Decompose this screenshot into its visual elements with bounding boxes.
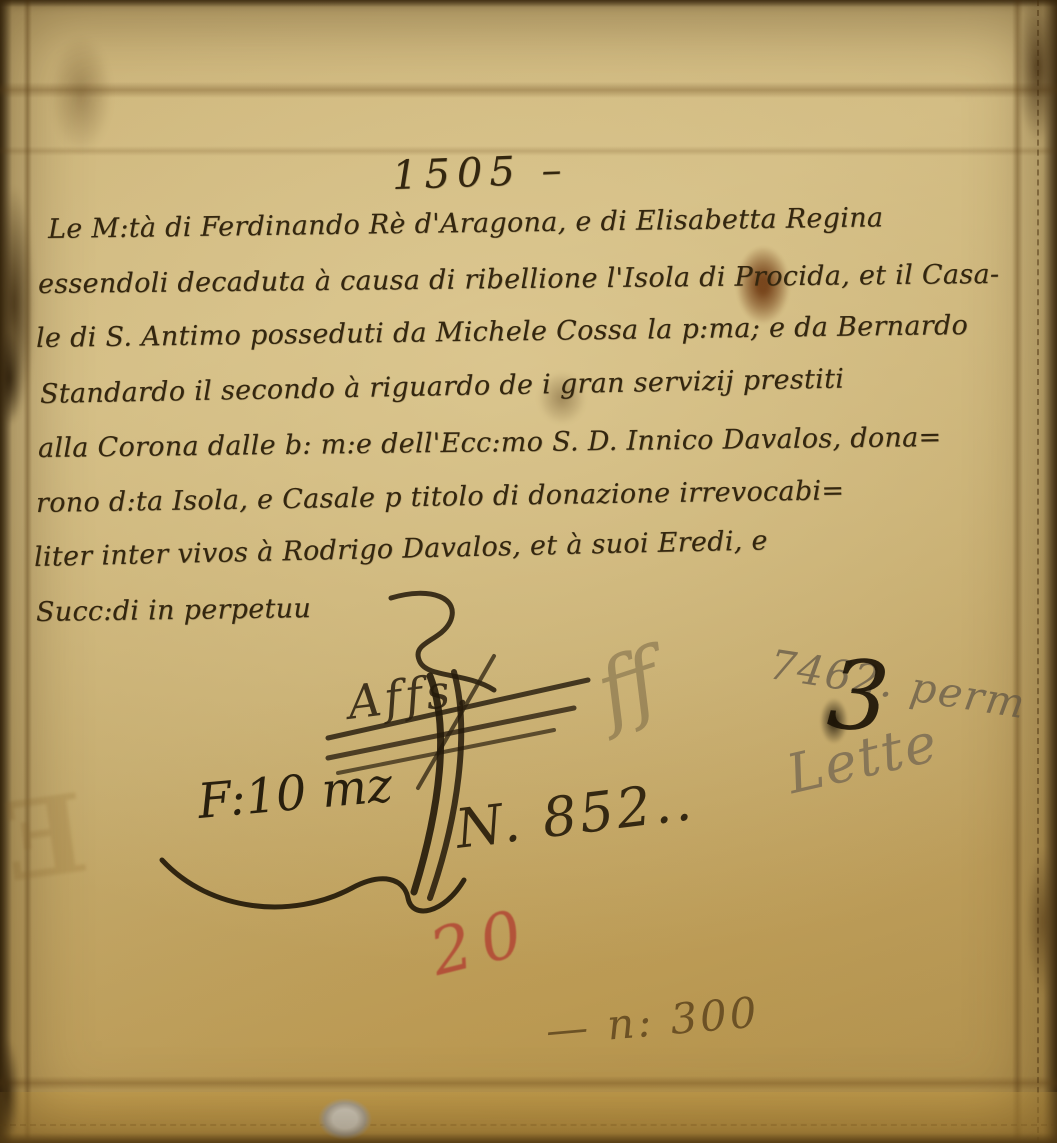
manuscript-line-6: rono d:ta Isola, e Casale p titolo di do… (36, 475, 845, 519)
struck-out-mark: Affs. (345, 661, 475, 730)
registry-signature: F:10 mz (196, 757, 395, 830)
stitch-line-right (1037, 0, 1039, 1143)
pencil-number-mark: 7462. perm (766, 640, 1030, 728)
manuscript-line-2: essendoli decaduta à causa di ribellione… (38, 259, 1000, 300)
manuscript-line-5: alla Corona dalle b: m:e dell'Ecc:mo S. … (38, 422, 942, 464)
top-left-streak (50, 36, 112, 152)
crease-top (0, 82, 1057, 98)
pencil-word-mark: Lette (781, 710, 944, 806)
wax-remnant-hole (318, 1098, 372, 1140)
left-edge-blotch-2 (0, 330, 22, 426)
bottom-number-mark: — n: 300 (544, 987, 762, 1054)
manuscript-line-3: le di S. Antimo posseduti da Michele Cos… (36, 310, 969, 354)
left-edge-blotch (0, 186, 34, 422)
right-mid-stain (1026, 848, 1057, 996)
bottom-left-stain (0, 1038, 20, 1143)
bottom-hem-band (0, 1092, 1057, 1143)
parchment-document: 1505 – Le M:tà di Ferdinando Rè d'Aragon… (0, 0, 1057, 1143)
parchment-edge-bottom (0, 1133, 1057, 1143)
parchment-edge-top (0, 0, 1057, 7)
manuscript-line-4: Standardo il secondo à riguardo de i gra… (40, 364, 845, 410)
date-heading: 1505 – (391, 147, 569, 199)
archive-number: N. 852.. (452, 769, 697, 861)
manuscript-line-1: Le M:tà di Ferdinando Rè d'Aragona, e di… (48, 202, 884, 245)
parchment-edge-left (0, 0, 12, 1143)
manuscript-line-8: Succ:di in perpetuu (36, 593, 311, 628)
hem-seam-right (1012, 0, 1023, 1143)
crease-bottom (0, 1076, 1057, 1090)
red-ink-number: 20 (423, 895, 539, 991)
ghost-stamp-mark: E (0, 771, 95, 907)
faint-ff-mark: ff (585, 630, 672, 742)
parchment-edge-right (1043, 0, 1057, 1143)
stitch-line-bottom (0, 1124, 1057, 1126)
hem-seam-left (23, 0, 32, 1143)
right-top-stain (1016, 0, 1057, 142)
manuscript-line-7: liter inter vivos à Rodrigo Davalos, et … (34, 525, 768, 573)
